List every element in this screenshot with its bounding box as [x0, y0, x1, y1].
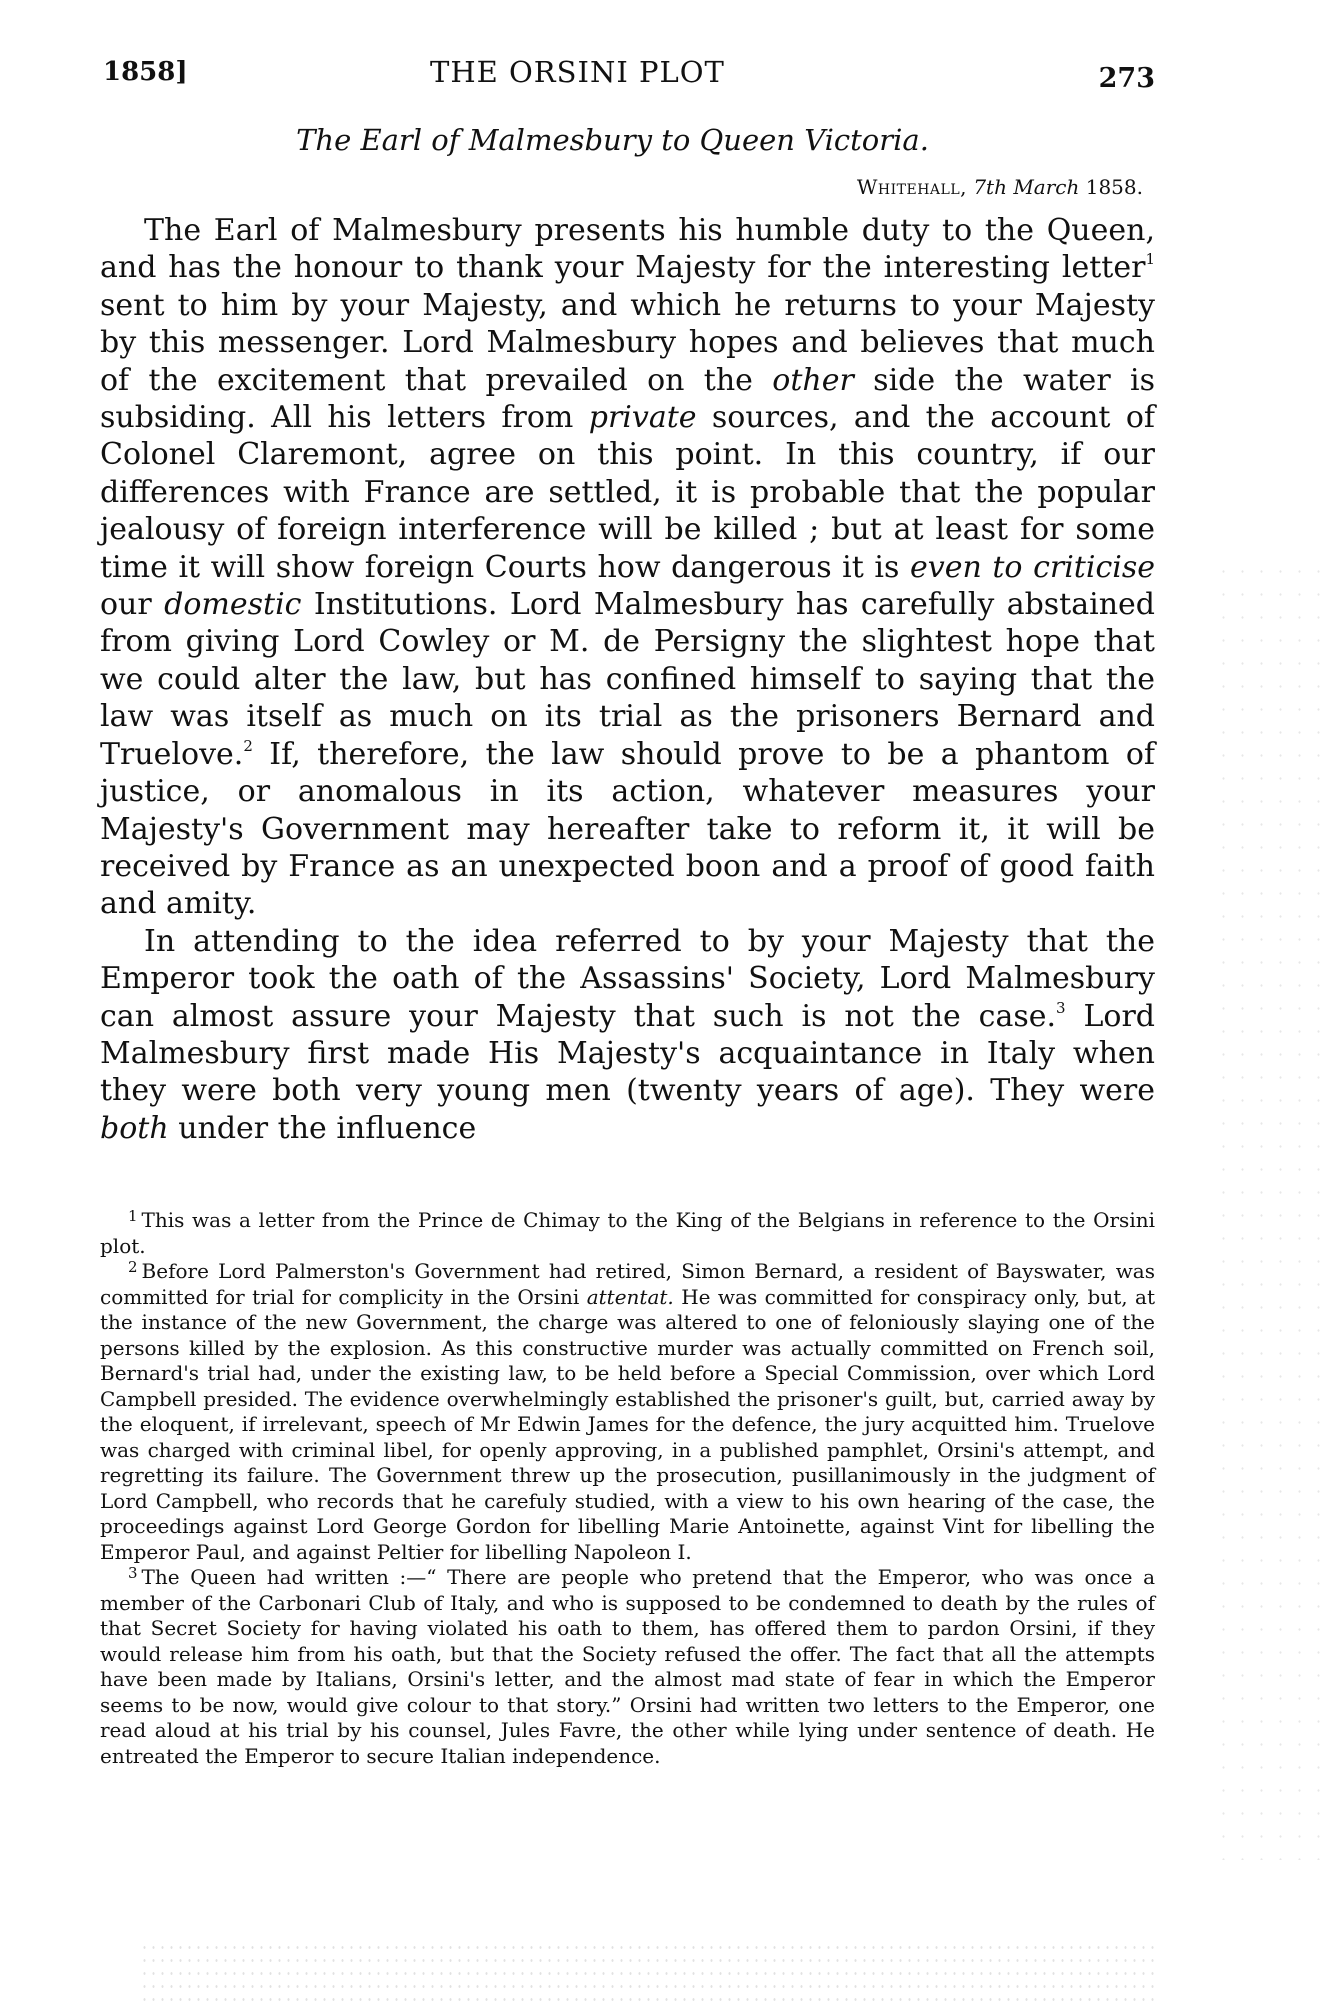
body-paragraph-2: In attending to the idea referred to by …: [100, 923, 1155, 1147]
p1-text-g: If, therefore, the law should prove to b…: [100, 737, 1155, 922]
running-head-title: THE ORSINI PLOT: [430, 55, 725, 89]
footnotes: 1This was a letter from the Prince de Ch…: [100, 1208, 1155, 1769]
footnote-1-text: This was a letter from the Prince de Chi…: [100, 1208, 1155, 1258]
p2-text-a: In attending to the idea referred to by …: [100, 924, 1155, 1034]
footnote-ref-1: 1: [1145, 250, 1155, 268]
footnote-3-text: The Queen had written :—“ There are peop…: [100, 1565, 1155, 1768]
scan-margin-noise: [1214, 560, 1324, 1860]
footnote-3-number: 3: [128, 1564, 138, 1582]
footnote-3: 3The Queen had written :—“ There are peo…: [100, 1565, 1155, 1769]
dateline-place: Whitehall,: [857, 175, 967, 199]
p1-text-e: our: [100, 587, 164, 622]
p1-italic-domestic: domestic: [164, 587, 301, 622]
letter-title: The Earl of Malmesbury to Queen Victoria…: [100, 123, 1155, 157]
scan-bottom-noise: [140, 1941, 1160, 2001]
letter-dateline: Whitehall, 7th March 1858.: [857, 175, 1143, 199]
dateline-year: 1858.: [1086, 175, 1143, 199]
footnote-2-number: 2: [128, 1258, 138, 1276]
footnote-2-text-b: He was committed for conspiracy only, bu…: [100, 1285, 1155, 1564]
footnote-1: 1This was a letter from the Prince de Ch…: [100, 1208, 1155, 1259]
footnote-2-italic-attentat: attentat.: [587, 1285, 674, 1309]
page-number: 273: [1099, 63, 1155, 94]
dateline-day: 7th March: [973, 175, 1079, 199]
running-head: 1858] THE ORSINI PLOT 273: [100, 55, 1155, 95]
p1-text-a: The Earl of Malmesbury presents his humb…: [100, 213, 1155, 285]
p1-italic-other: other: [772, 363, 854, 398]
running-head-year: 1858]: [103, 57, 188, 87]
footnote-1-number: 1: [128, 1207, 138, 1225]
p1-italic-private: private: [589, 400, 697, 435]
footnote-2: 2Before Lord Palmerston's Government had…: [100, 1259, 1155, 1565]
footnote-ref-2: 2: [243, 737, 253, 755]
p2-text-c: under the influence: [169, 1111, 477, 1146]
body-paragraph-1: The Earl of Malmesbury presents his humb…: [100, 212, 1155, 923]
footnote-ref-3: 3: [1056, 999, 1066, 1017]
p1-italic-even-to-criticise: even to criticise: [910, 550, 1155, 585]
letter-body: The Earl of Malmesbury presents his humb…: [100, 212, 1155, 1147]
p2-italic-both: both: [100, 1111, 169, 1146]
